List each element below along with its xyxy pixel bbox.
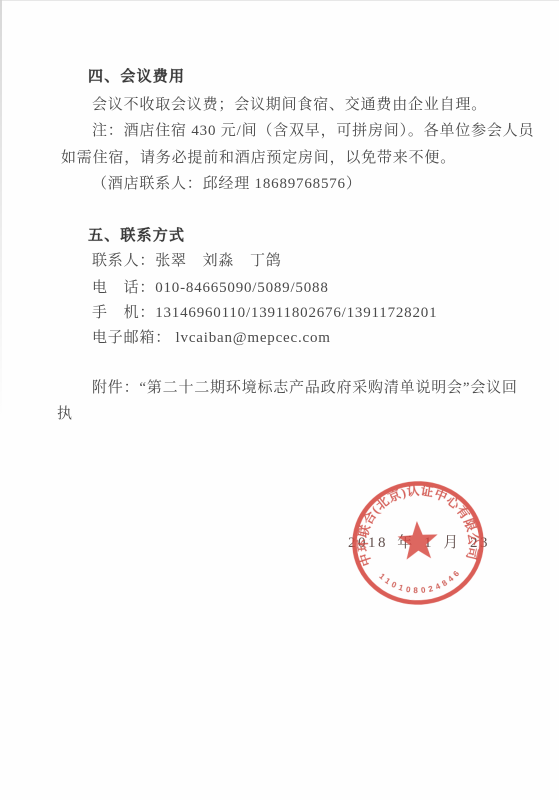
contact-email-line: 电子邮箱： lvcaiban@mepcec.com bbox=[92, 326, 331, 347]
seal-star-icon bbox=[397, 520, 439, 560]
contact-mobile-line: 手 机：13146960110/13911802676/13911728201 bbox=[92, 301, 437, 322]
attachment-line-1: 附件：“第二十二期环境标志产品政府采购清单说明会”会议回 bbox=[92, 376, 518, 397]
section-heading-fee: 四、会议费用 bbox=[88, 65, 185, 86]
scanned-document-page: 四、会议费用 会议不收取会议费；会议期间食宿、交通费由企业自理。 注：酒店住宿 … bbox=[0, 0, 559, 800]
contact-phone-line: 电 话：010-84665090/5089/5088 bbox=[92, 276, 329, 297]
attachment-line-2: 执 bbox=[57, 402, 73, 423]
company-seal-icon: 中环联合(北京)认证中心有限公司 1101080248463 bbox=[343, 473, 494, 612]
fee-paragraph-line-1: 会议不收取会议费；会议期间食宿、交通费由企业自理。 bbox=[92, 93, 487, 114]
scan-edge-artifact-left bbox=[0, 0, 2, 420]
fee-paragraph-line-2: 注：酒店住宿 430 元/间（含双早，可拼房间）。各单位参会人员 bbox=[92, 119, 534, 140]
fee-hotel-contact-line: （酒店联系人：邱经理 18689768576） bbox=[92, 172, 362, 193]
official-seal-area: 2018 年 1 月 23 中环联合(北京)认证中心有限公司 110108024… bbox=[346, 477, 490, 609]
fee-paragraph-line-3: 如需住宿，请务必提前和酒店预定房间，以免带来不便。 bbox=[61, 146, 456, 167]
contact-persons-line: 联系人：张翠 刘淼 丁鸽 bbox=[92, 249, 282, 270]
section-heading-contact: 五、联系方式 bbox=[88, 224, 185, 245]
scan-edge-artifact-top bbox=[0, 0, 559, 1]
